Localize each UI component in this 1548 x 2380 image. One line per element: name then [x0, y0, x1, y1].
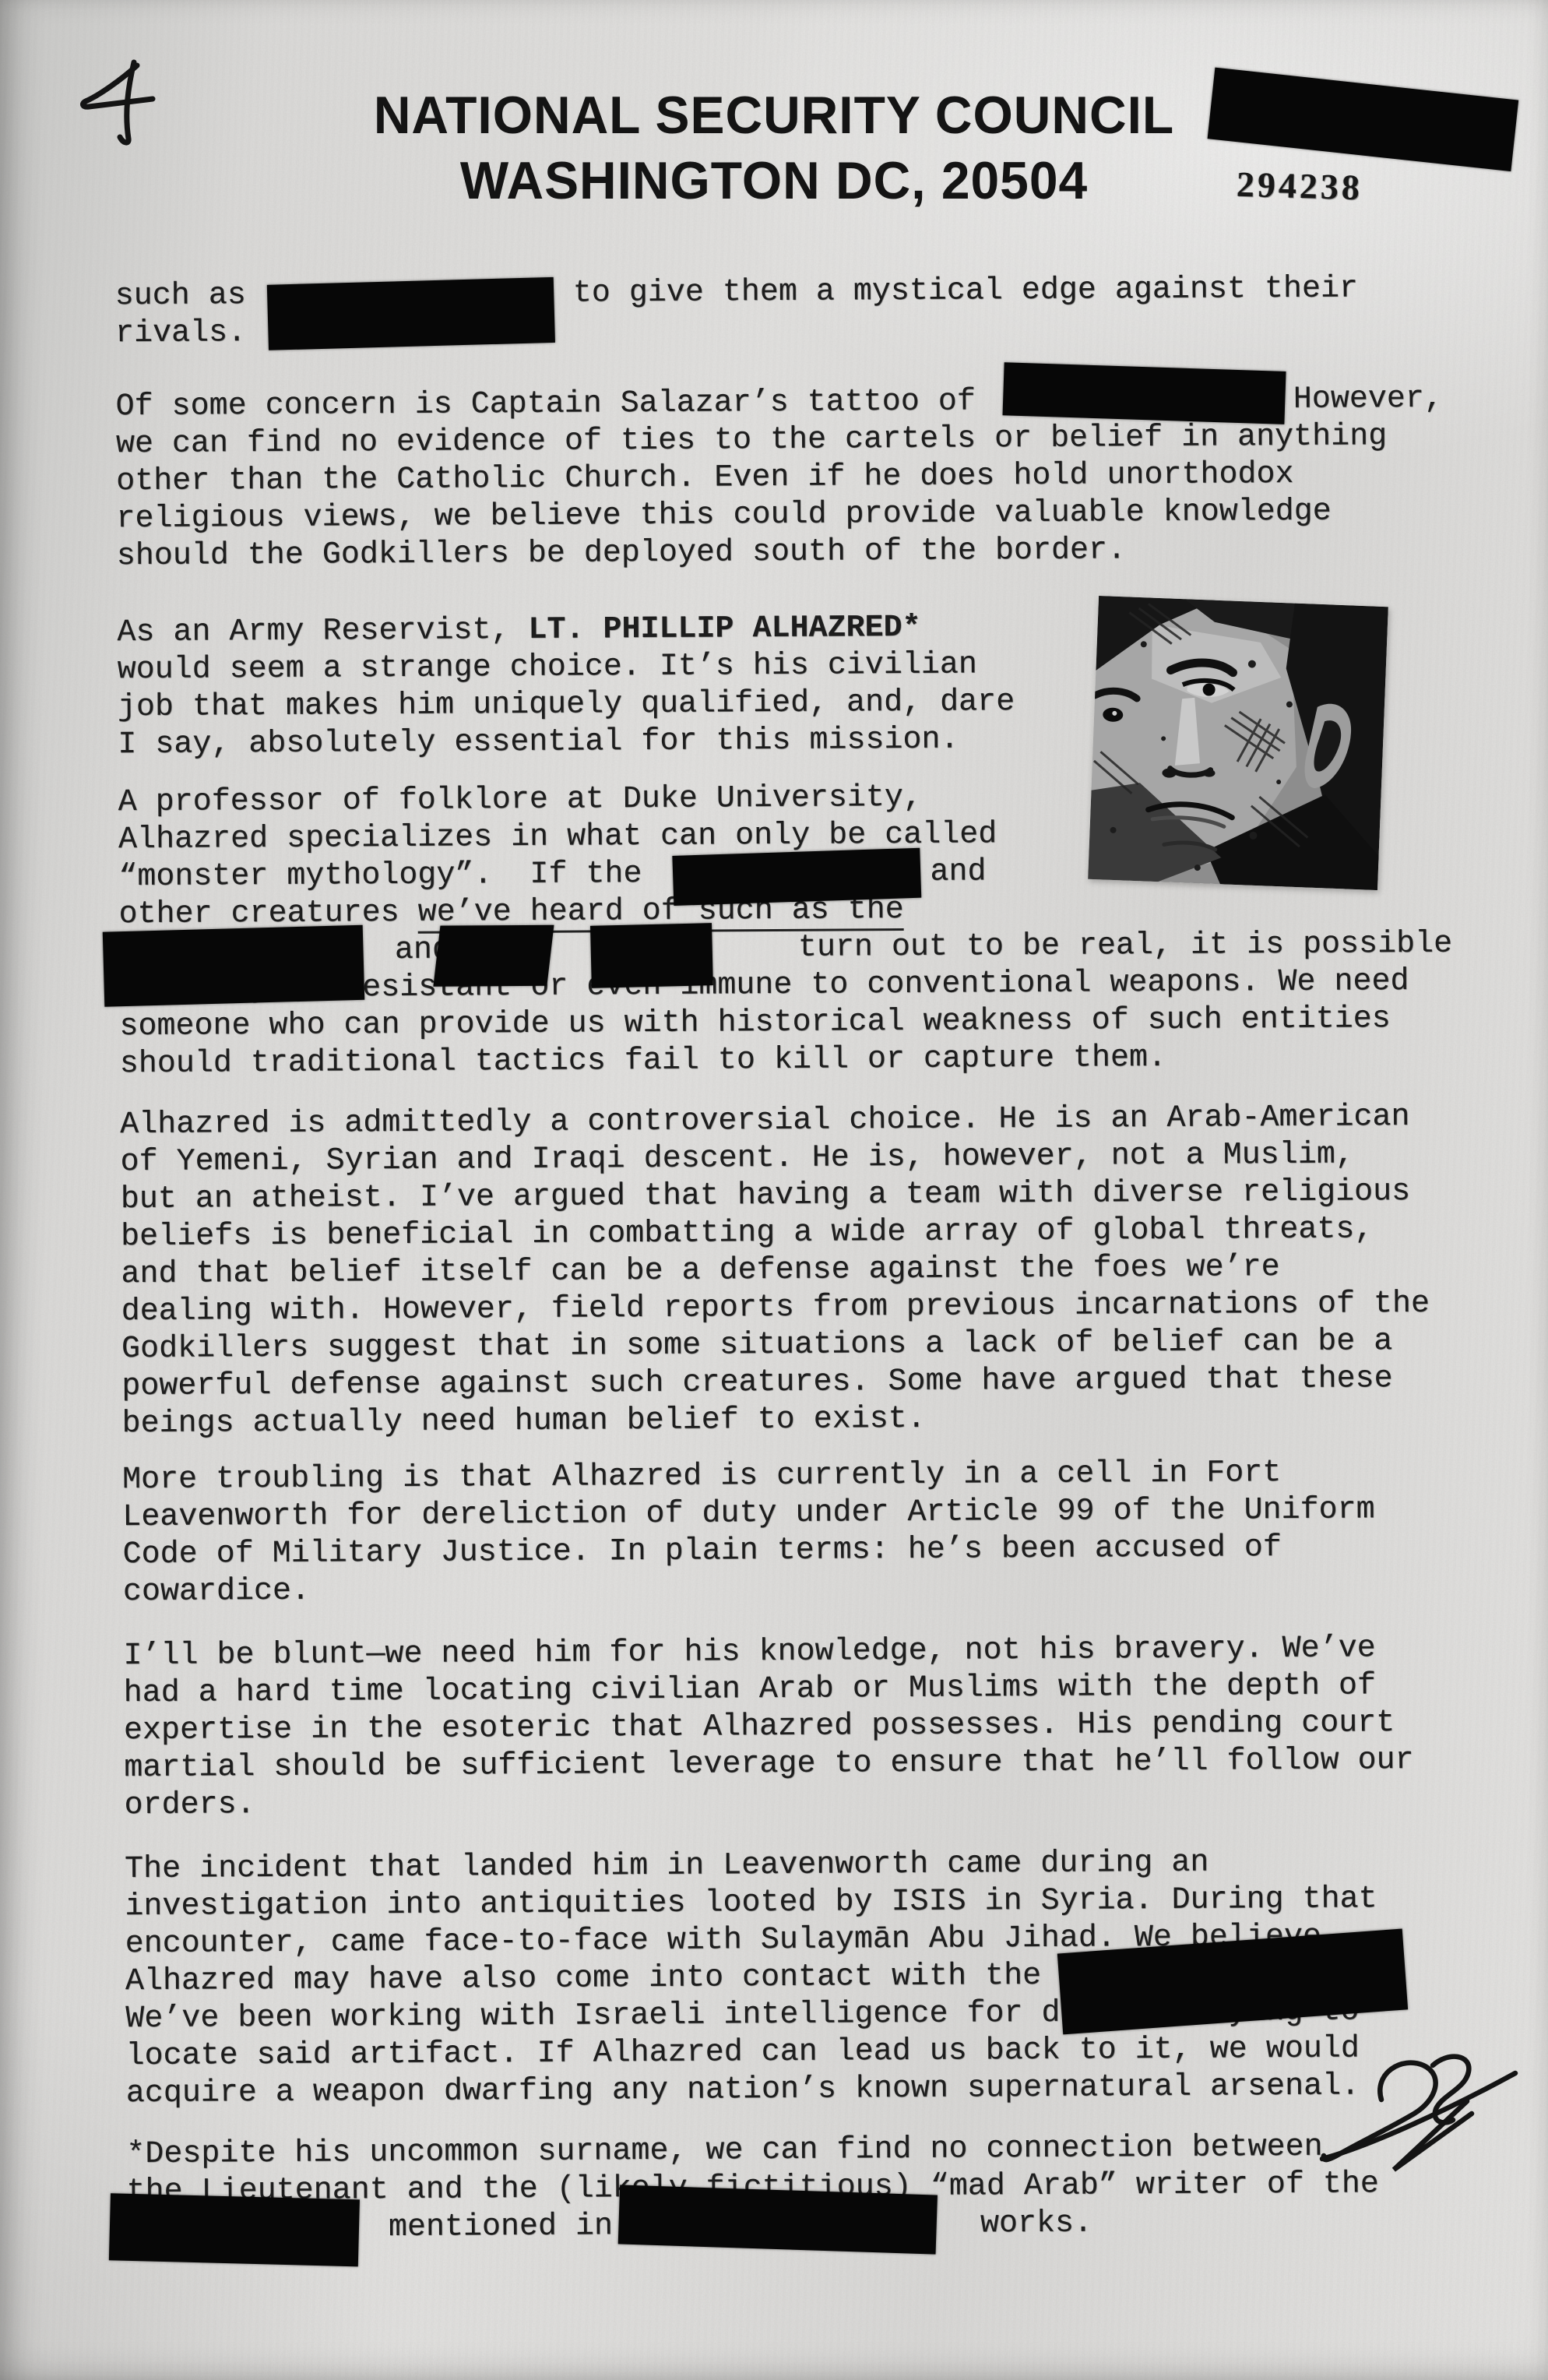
- typed-text: As an Army Reservist,: [117, 613, 528, 650]
- typed-text: Godkillers suggest that in some situatio…: [121, 1324, 1393, 1367]
- typed-text: orders.: [124, 1787, 255, 1823]
- redaction-bar: [109, 2193, 360, 2266]
- typed-text: had a hard time locating civilian Arab o…: [124, 1668, 1377, 1711]
- redaction-bar: [1003, 362, 1286, 424]
- paragraph: More troubling is that Alhazred is curre…: [122, 1453, 1509, 1611]
- typed-text: acquire a weapon dwarfing any nation’s k…: [126, 2068, 1360, 2111]
- typed-text: locate said artifact. If Alhazred can le…: [125, 2031, 1360, 2074]
- bold-text: LT. PHILLIP ALHAZRED*: [528, 611, 920, 648]
- typed-text: turn out to be real, it is possible: [779, 927, 1452, 966]
- typed-text: such as: [115, 278, 265, 314]
- typed-text: job that makes him uniquely qualified, a…: [118, 685, 1015, 725]
- signature-flourish: [1307, 2025, 1525, 2204]
- typed-text: The incident that landed him in Leavenwo…: [125, 1846, 1208, 1888]
- page-number-value: 4: [0, 0, 1, 1]
- redaction-bar: [103, 925, 364, 1007]
- typed-text: should traditional tactics fail to kill …: [120, 1040, 1166, 1082]
- text-line: should the Godkillers be deployed south …: [117, 530, 1503, 576]
- typed-text: other than the Catholic Church. Even if …: [116, 457, 1293, 499]
- typed-text: dealing with. However, field reports fro…: [121, 1287, 1430, 1329]
- typed-text: Code of Military Justice. In plain terms…: [122, 1530, 1281, 1572]
- redaction-bar: [433, 925, 554, 987]
- header-redaction-bar: [1208, 68, 1519, 171]
- typed-text: to give them a mystical edge against the…: [554, 271, 1358, 311]
- typed-text: we can find no evidence of ties to the c…: [116, 419, 1388, 462]
- paragraph: Of some concern is Captain Salazar’s tat…: [115, 380, 1502, 576]
- typed-text: someone who can provide us with historic…: [119, 1002, 1391, 1044]
- redaction-bar: [590, 923, 713, 988]
- paragraph: Alhazred is admittedly a controversial c…: [120, 1098, 1508, 1443]
- typed-text: Of some concern is Captain Salazar’s tat…: [115, 384, 994, 424]
- typed-text: More troubling is that Alhazred is curre…: [122, 1456, 1281, 1498]
- typed-text: However,: [1275, 382, 1443, 417]
- typed-text: and: [911, 854, 986, 890]
- typed-text: I’ll be blunt—we need him for his knowle…: [123, 1631, 1376, 1674]
- typed-text: religious views, we believe this could p…: [116, 495, 1332, 537]
- typed-text: but an atheist. I’ve argued that having …: [121, 1174, 1411, 1217]
- typed-text: Leavenworth for dereliction of duty unde…: [122, 1492, 1375, 1535]
- typed-text: should the Godkillers be deployed south …: [117, 533, 1126, 574]
- typed-text: I say, absolutely essential for this mis…: [118, 723, 959, 763]
- typed-text: rivals.: [115, 315, 246, 351]
- typed-text: martial should be sufficient leverage to…: [124, 1743, 1414, 1786]
- typed-text: cowardice.: [123, 1574, 310, 1610]
- typed-text: Alhazred is admittedly a controversial c…: [120, 1100, 1410, 1142]
- paragraph: I’ll be blunt—we need him for his knowle…: [123, 1629, 1510, 1825]
- typed-text: “monster mythology”. If the: [118, 857, 660, 895]
- text-line: should traditional tactics fail to kill …: [120, 1037, 1506, 1083]
- typed-text: mentioned in: [370, 2209, 632, 2245]
- typed-text: would seem a strange choice. It’s his ci…: [118, 647, 977, 688]
- typed-text: powerful defense against such creatures.…: [121, 1361, 1393, 1404]
- redaction-bar: [618, 2185, 938, 2254]
- typed-text: works.: [962, 2206, 1092, 2242]
- typed-text: Alhazred may have also come into contact…: [125, 1959, 1041, 1999]
- typed-text: A professor of folklore at Duke Universi…: [118, 780, 922, 820]
- typed-text: expertise in the esoteric that Alhazred …: [124, 1706, 1395, 1748]
- typed-text: beings actually need human belief to exi…: [121, 1402, 925, 1442]
- typed-text: investigation into antiquities looted by…: [125, 1882, 1377, 1924]
- typed-text: and that belief itself can be a defense …: [121, 1250, 1279, 1292]
- portrait-illustration: [1088, 596, 1388, 890]
- text-layer: such as to give them a mystical edge aga…: [0, 0, 1548, 2380]
- typed-text: *Despite his uncommon surname, we can fi…: [126, 2130, 1322, 2172]
- typed-text: of Yemeni, Syrian and Iraqi descent. He …: [120, 1137, 1354, 1180]
- redaction-bar: [267, 277, 555, 350]
- redaction-bar: [672, 848, 921, 906]
- typed-text: beliefs is beneficial in combatting a wi…: [121, 1212, 1374, 1255]
- text-line: acquire a weapon dwarfing any nation’s k…: [126, 2067, 1512, 2113]
- text-line: beings actually need human belief to exi…: [121, 1397, 1508, 1443]
